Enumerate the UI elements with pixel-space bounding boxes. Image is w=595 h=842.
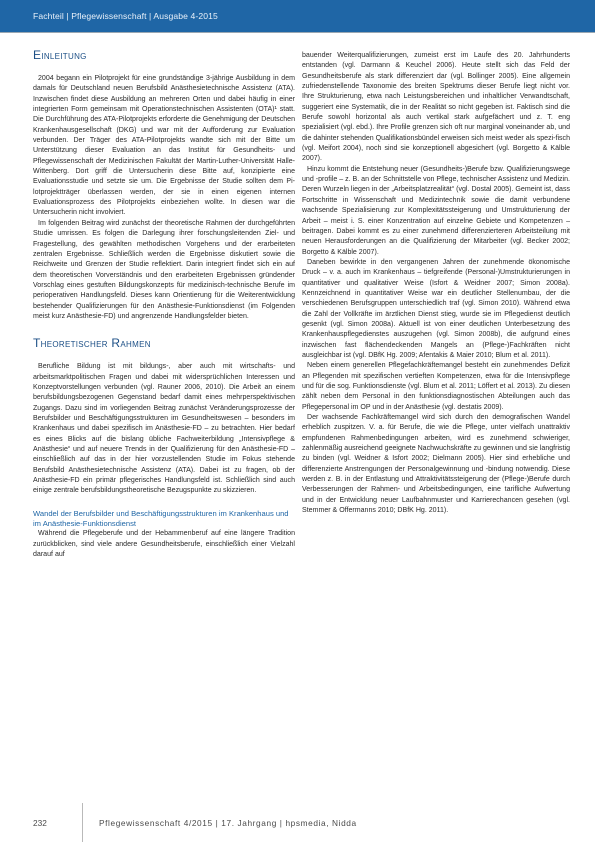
- body-paragraph: bauender Weiterqualifizierungen, zumeist…: [302, 51, 570, 165]
- body-paragraph: Daneben bewirkte in den vergangenen Jahr…: [302, 258, 570, 361]
- body-paragraph: Der wachsende Fachkräftemangel wird sich…: [302, 413, 570, 516]
- page-number: 232: [33, 818, 47, 828]
- running-header-bar: Fachteil | Pflegewissenschaft | Ausgabe …: [0, 0, 595, 33]
- running-header-title: Fachteil | Pflegewissenschaft | Ausgabe …: [33, 11, 218, 21]
- section-heading-einleitung: Einleitung: [33, 48, 295, 62]
- left-text-column: Einleitung 2004 begann ein Pilotprojekt …: [33, 48, 295, 560]
- footer-divider: [82, 803, 83, 842]
- footer-publication-line: Pflegewissenschaft 4/2015 | 17. Jahrgang…: [99, 818, 357, 828]
- body-paragraph: Neben einem generellen Pflegefachkräftem…: [302, 361, 570, 413]
- subsection-heading-wandel: Wandel der Berufsbilder und Beschäftigun…: [33, 509, 295, 530]
- right-text-column: bauender Weiterqualifizierungen, zumeist…: [302, 51, 570, 516]
- body-paragraph: 2004 begann ein Pilotprojekt für eine gr…: [33, 74, 295, 219]
- section-heading-theoretischer-rahmen: Theoretischer Rahmen: [33, 336, 295, 350]
- body-paragraph: Im folgenden Beitrag wird zunächst der t…: [33, 219, 295, 322]
- body-paragraph: Während die Pflegeberufe und der Hebamme…: [33, 529, 295, 560]
- body-paragraph: Hinzu kommt die Entstehung neuer (Gesund…: [302, 165, 570, 258]
- body-paragraph: Berufliche Bildung ist mit bildungs-, ab…: [33, 362, 295, 496]
